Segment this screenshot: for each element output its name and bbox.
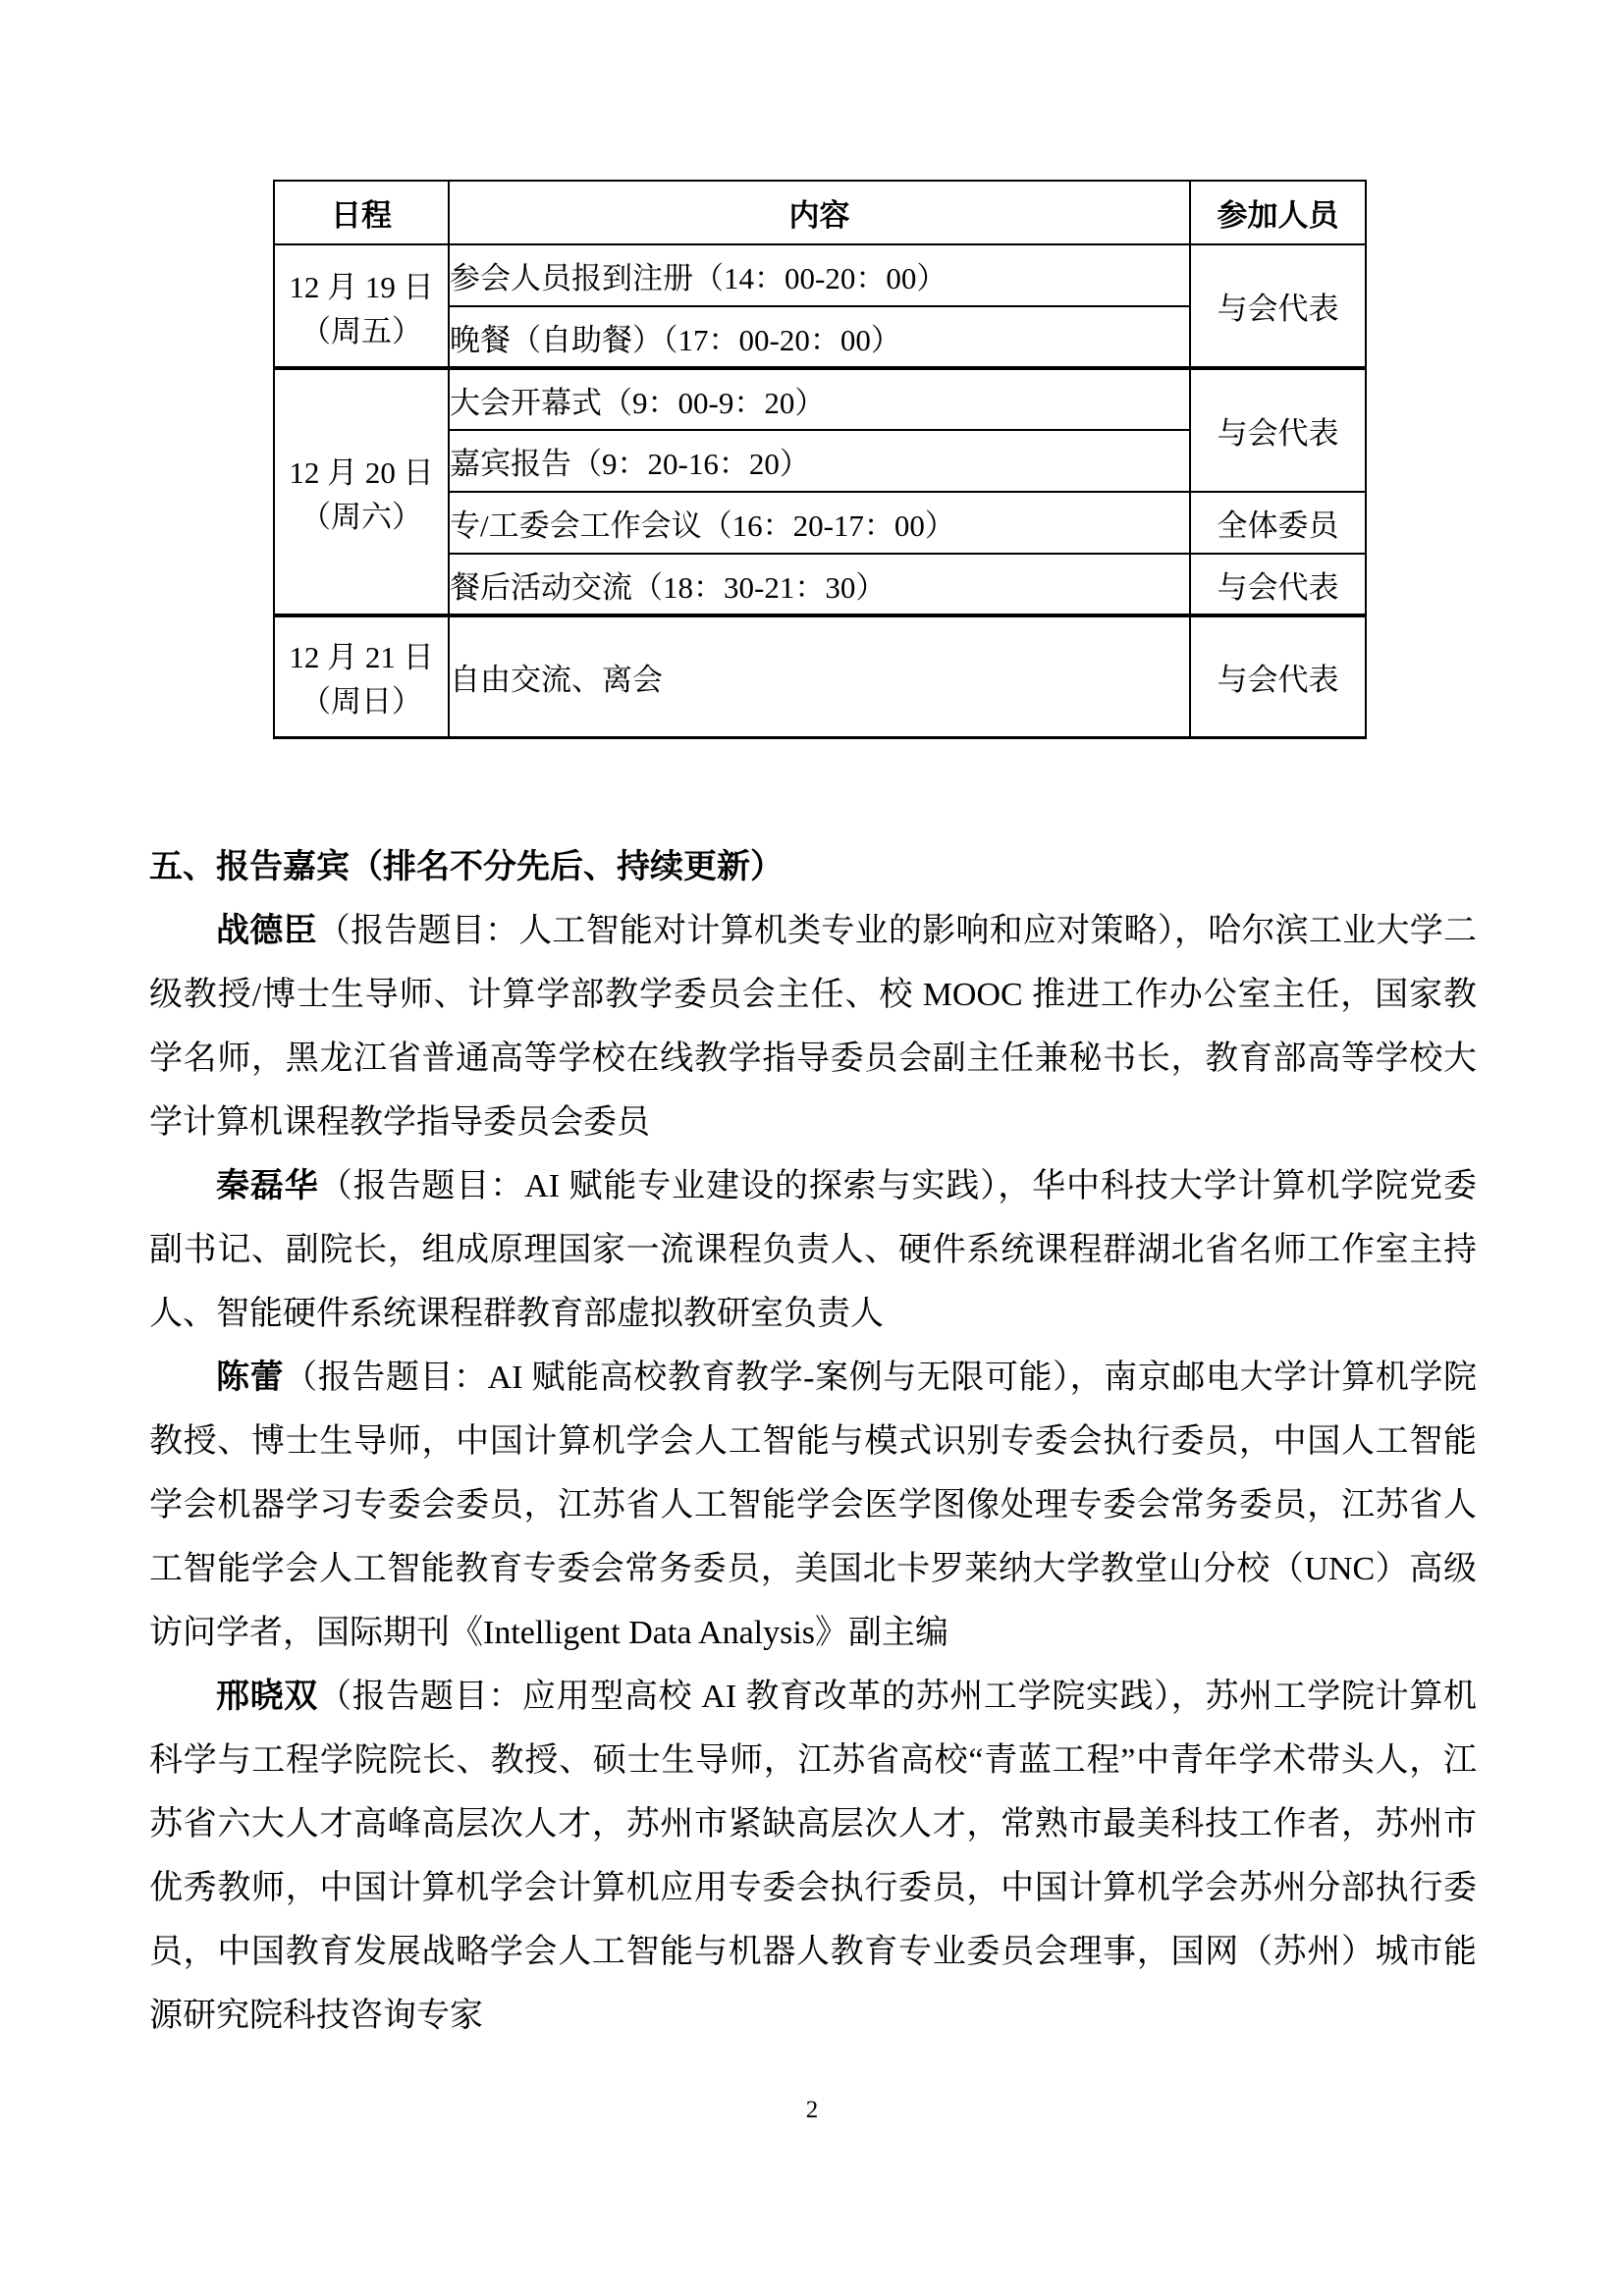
event-opening: 大会开幕式（9：00-9：20）: [449, 368, 1190, 430]
speaker-name: 陈蕾: [216, 1360, 284, 1396]
weekday-line: （周六）: [300, 492, 422, 536]
header-schedule: 日程: [274, 181, 449, 244]
participants-cell: 与会代表: [1190, 554, 1366, 615]
date-line: 12 月 19 日: [289, 262, 433, 306]
table-row: 12 月 21 日 （周日） 自由交流、离会 与会代表: [274, 615, 1366, 737]
schedule-table: 日程 内容 参加人员 12 月 19 日 （周五） 参会人员报到注册（14：00…: [273, 180, 1367, 739]
speaker-paragraph: 秦磊华（报告题目：AI 赋能专业建设的探索与实践），华中科技大学计算机学院党委副…: [149, 1154, 1477, 1346]
participants-cell: 全体委员: [1190, 492, 1366, 554]
date-cell-dec21: 12 月 21 日 （周日）: [274, 615, 449, 737]
speaker-name: 邢晓双: [216, 1679, 318, 1715]
weekday-line: （周日）: [300, 676, 422, 721]
speaker-bio: （报告题目：应用型高校 AI 教育改革的苏州工学院实践），苏州工学院计算机科学与…: [149, 1679, 1477, 2034]
participants-cell: 与会代表: [1190, 244, 1366, 368]
speaker-name: 秦磊华: [216, 1168, 319, 1204]
event-committee-meeting: 专/工委会工作会议（16：20-17：00）: [449, 492, 1190, 554]
section-heading: 五、报告嘉宾（排名不分先后、持续更新）: [149, 835, 1477, 899]
speaker-bio: （报告题目：AI 赋能专业建设的探索与实践），华中科技大学计算机学院党委副书记、…: [149, 1168, 1477, 1332]
event-dinner: 晚餐（自助餐）（17：00-20：00）: [449, 306, 1190, 368]
speaker-paragraph: 邢晓双（报告题目：应用型高校 AI 教育改革的苏州工学院实践），苏州工学院计算机…: [149, 1665, 1477, 2048]
participants-cell: 与会代表: [1190, 368, 1366, 492]
header-participants: 参加人员: [1190, 181, 1366, 244]
table-row: 12 月 20 日 （周六） 大会开幕式（9：00-9：20） 与会代表: [274, 368, 1366, 430]
date-line: 12 月 21 日: [289, 632, 433, 676]
document-page: 日程 内容 参加人员 12 月 19 日 （周五） 参会人员报到注册（14：00…: [0, 0, 1624, 2296]
speaker-bio: （报告题目：人工智能对计算机类专业的影响和应对策略），哈尔滨工业大学二级教授/博…: [149, 913, 1477, 1141]
event-guest-reports: 嘉宾报告（9：20-16：20）: [449, 430, 1190, 492]
speaker-bio: （报告题目：AI 赋能高校教育教学-案例与无限可能），南京邮电大学计算机学院教授…: [149, 1360, 1477, 1651]
date-cell-dec19: 12 月 19 日 （周五）: [274, 244, 449, 368]
event-registration: 参会人员报到注册（14：00-20：00）: [449, 244, 1190, 306]
table-header-row: 日程 内容 参加人员: [274, 181, 1366, 244]
date-line: 12 月 20 日: [289, 448, 433, 492]
speaker-paragraph: 战德臣（报告题目：人工智能对计算机类专业的影响和应对策略），哈尔滨工业大学二级教…: [149, 899, 1477, 1154]
event-free-exchange: 自由交流、离会: [449, 615, 1190, 737]
table-row: 12 月 19 日 （周五） 参会人员报到注册（14：00-20：00） 与会代…: [274, 244, 1366, 306]
speaker-paragraph: 陈蕾（报告题目：AI 赋能高校教育教学-案例与无限可能），南京邮电大学计算机学院…: [149, 1346, 1477, 1665]
speaker-name: 战德臣: [216, 913, 317, 949]
weekday-line: （周五）: [300, 306, 422, 350]
participants-cell: 与会代表: [1190, 615, 1366, 737]
date-cell-dec20: 12 月 20 日 （周六）: [274, 368, 449, 615]
schedule-table-wrapper: 日程 内容 参加人员 12 月 19 日 （周五） 参会人员报到注册（14：00…: [273, 180, 1367, 739]
event-after-dinner: 餐后活动交流（18：30-21：30）: [449, 554, 1190, 615]
header-content: 内容: [449, 181, 1190, 244]
page-number: 2: [0, 2097, 1624, 2124]
speakers-section: 五、报告嘉宾（排名不分先后、持续更新） 战德臣（报告题目：人工智能对计算机类专业…: [149, 835, 1477, 2048]
